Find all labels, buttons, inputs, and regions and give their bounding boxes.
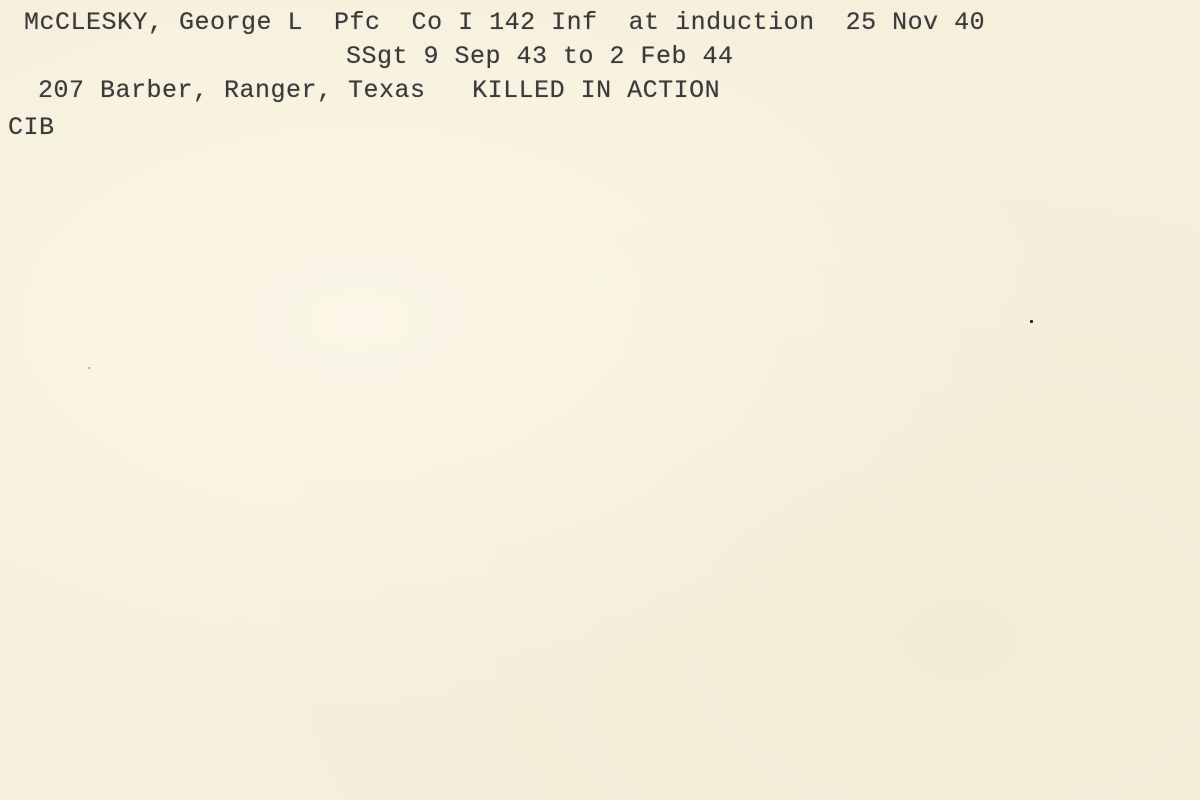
name-rank-unit-line: McCLESKY, George L Pfc Co I 142 Inf at i… (24, 10, 985, 35)
record-card: McCLESKY, George L Pfc Co I 142 Inf at i… (0, 0, 1200, 800)
ink-speck (1030, 320, 1033, 323)
paper-speck (88, 367, 90, 369)
address-status-line: 207 Barber, Ranger, Texas KILLED IN ACTI… (38, 78, 720, 103)
promotion-line: SSgt 9 Sep 43 to 2 Feb 44 (346, 44, 734, 69)
award-line: CIB (8, 115, 55, 140)
